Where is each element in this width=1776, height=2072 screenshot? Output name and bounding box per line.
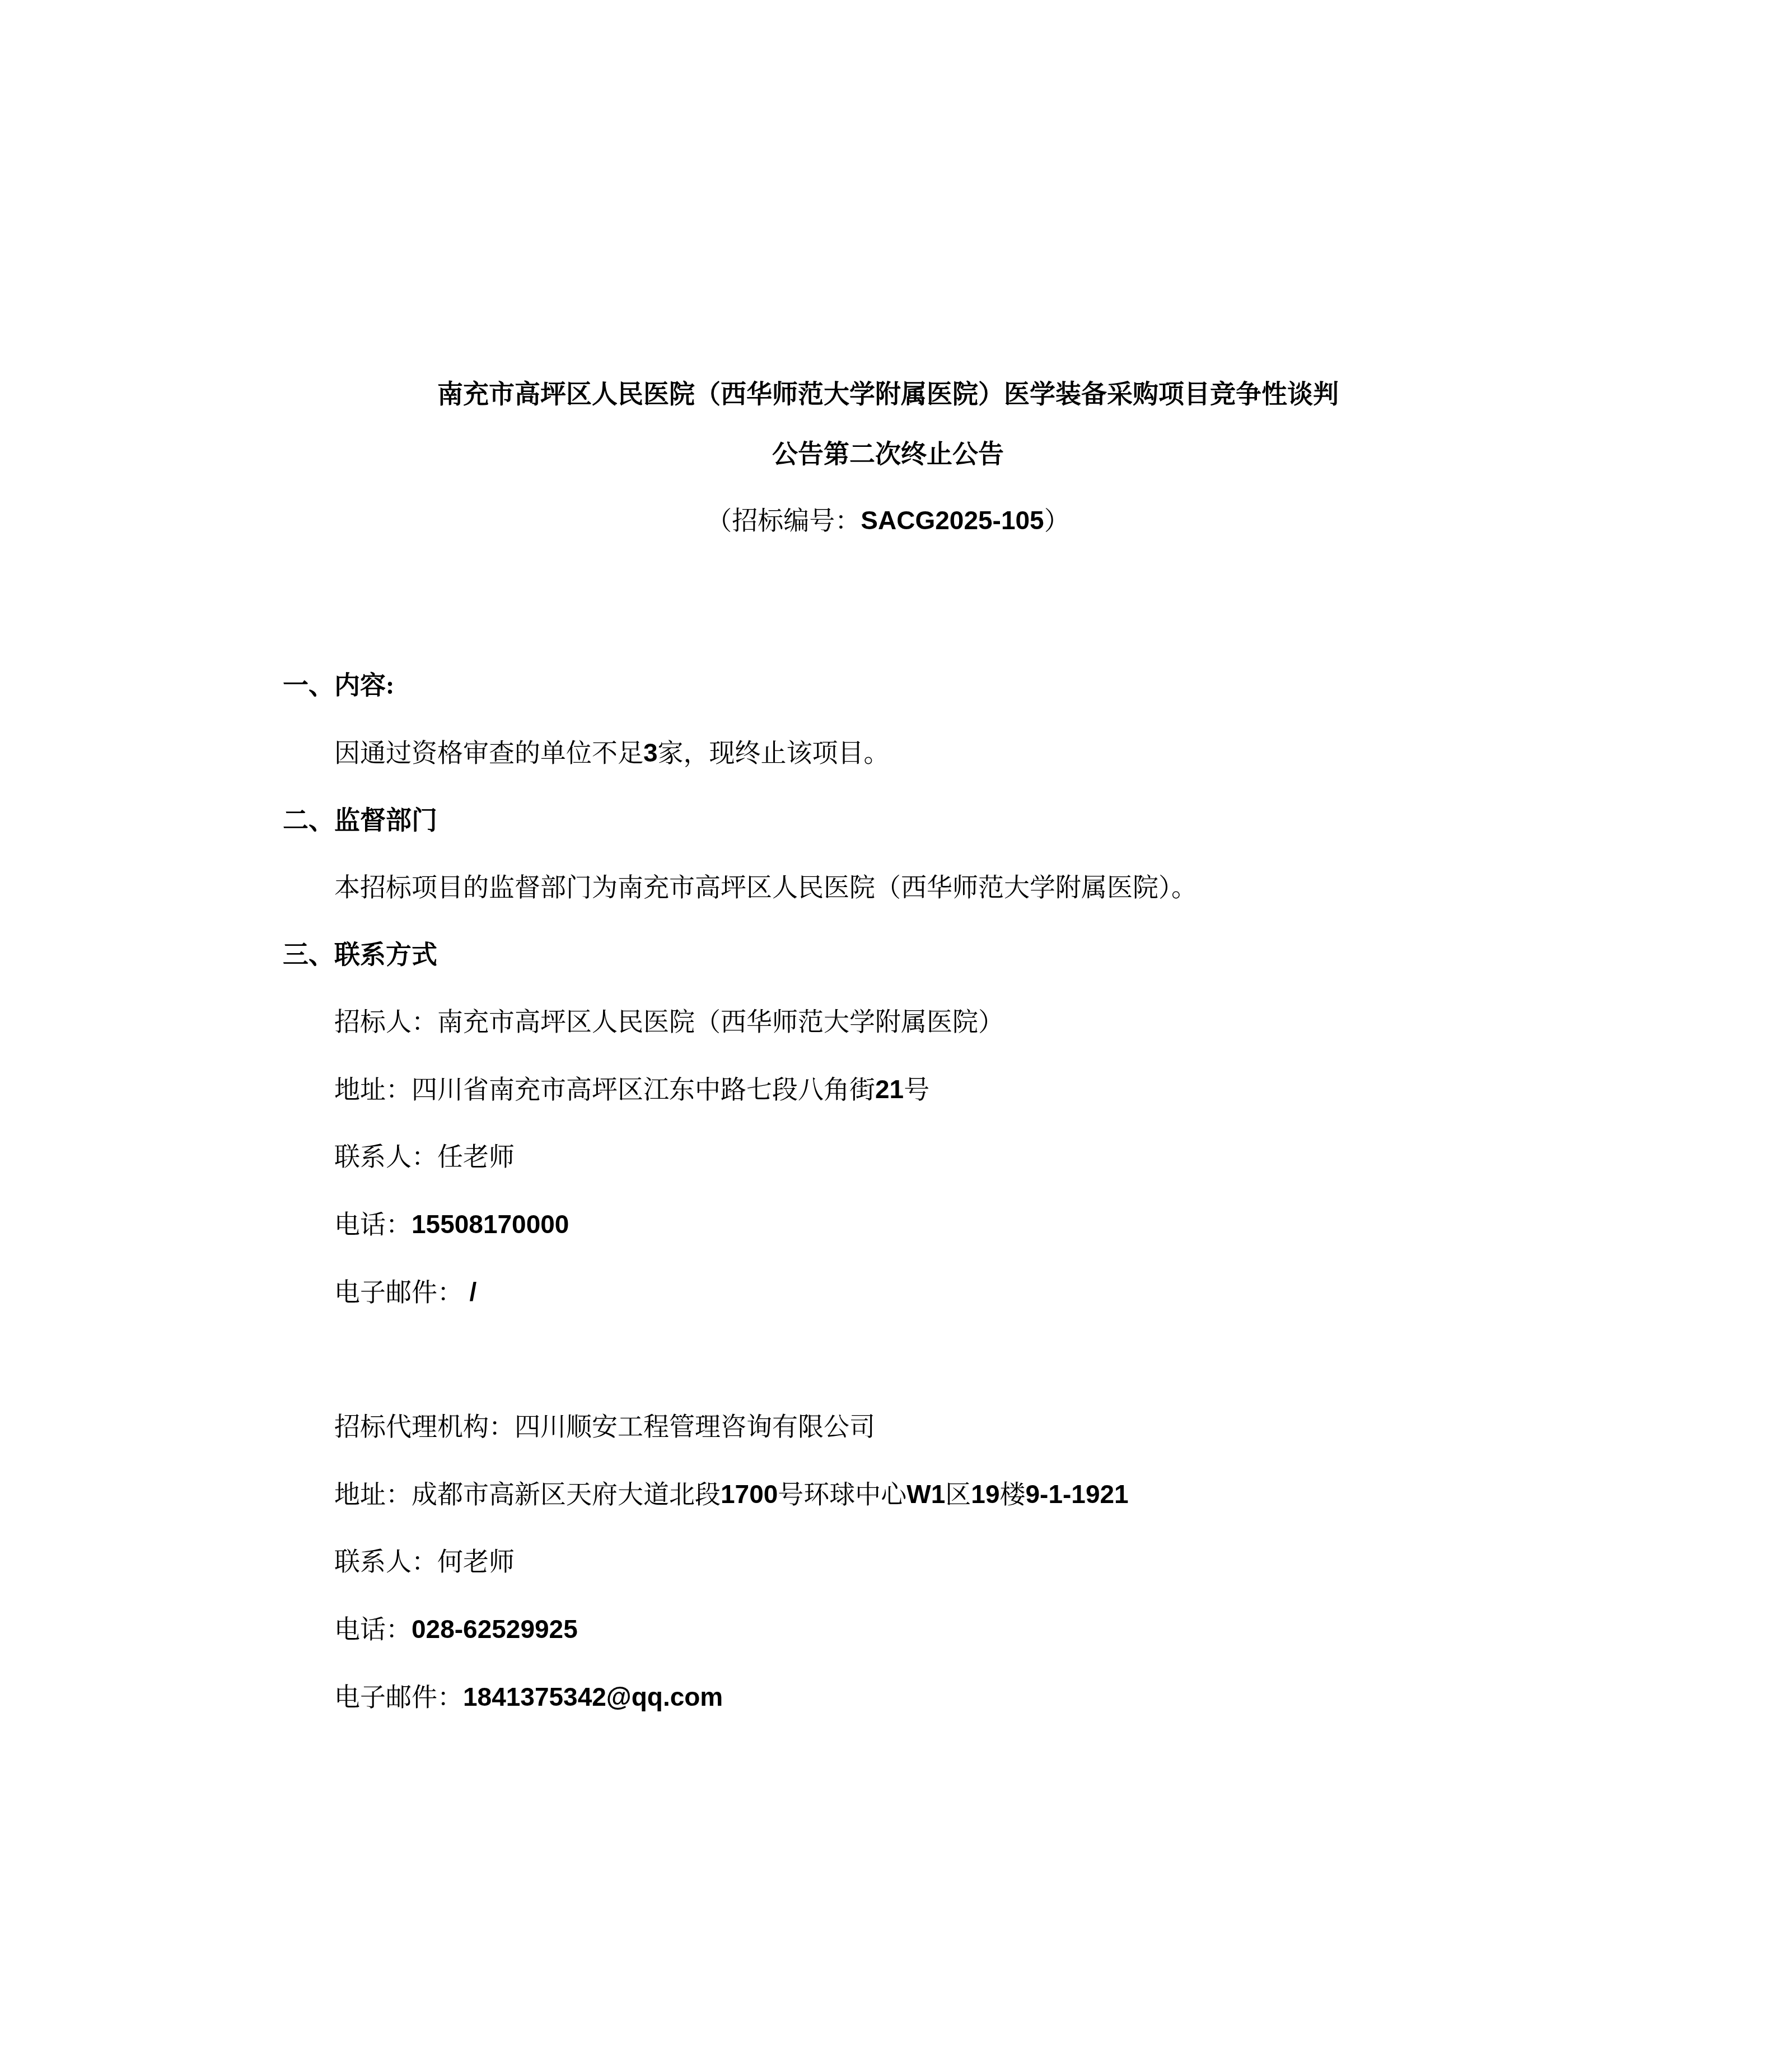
agency-email-line: 电子邮件：1841375342@qq.com bbox=[283, 1684, 1493, 1710]
agency-address-mid-1: 号环球中心 bbox=[778, 1480, 906, 1509]
agency-email-label: 电子邮件： bbox=[334, 1683, 463, 1711]
tenderer-email-line: 电子邮件： / bbox=[283, 1279, 1493, 1305]
section-1-body-text-pre: 因通过资格审查的单位不足 bbox=[334, 739, 643, 767]
agency-phone-line: 电话：028-62529925 bbox=[283, 1616, 1493, 1642]
tenderer-phone-line: 电话：15508170000 bbox=[283, 1211, 1493, 1238]
tenderer-phone-number: 15508170000 bbox=[412, 1210, 569, 1239]
document-title-line-2: 公告第二次终止公告 bbox=[283, 441, 1493, 467]
section-1-heading: 一、内容: bbox=[283, 673, 1493, 698]
section-2-body: 本招标项目的监督部门为南充市高坪区人民医院（西华师范大学附属医院）。 bbox=[283, 875, 1493, 900]
agency-phone-number: 028-62529925 bbox=[412, 1614, 578, 1644]
section-2-heading: 二、监督部门 bbox=[283, 808, 1493, 833]
tenderer-phone-label: 电话： bbox=[334, 1210, 412, 1239]
agency-address-number-4: 9-1-1921 bbox=[1026, 1480, 1129, 1509]
agency-name-line: 招标代理机构：四川顺安工程管理咨询有限公司 bbox=[283, 1414, 1493, 1440]
tender-reference-line: （招标编号：SACG2025-105） bbox=[283, 507, 1493, 534]
document-page: 南充市高坪区人民医院（西华师范大学附属医院）医学装备采购项目竞争性谈判 公告第二… bbox=[0, 0, 1776, 2072]
agency-address-number-2: W1 bbox=[906, 1480, 945, 1509]
tenderer-email-value: / bbox=[470, 1277, 477, 1306]
agency-contact-line: 联系人：何老师 bbox=[283, 1549, 1493, 1575]
document-title-line-1: 南充市高坪区人民医院（西华师范大学附属医院）医学装备采购项目竞争性谈判 bbox=[283, 381, 1493, 407]
blank-line bbox=[283, 1347, 1493, 1373]
tenderer-email-label: 电子邮件： bbox=[334, 1278, 463, 1306]
section-1-body-text-post: 家，现终止该项目。 bbox=[658, 739, 890, 767]
tender-reference-close: ） bbox=[1044, 506, 1070, 535]
tender-reference-open: （招标编号： bbox=[706, 506, 861, 535]
agency-phone-label: 电话： bbox=[334, 1615, 412, 1644]
tenderer-address-suffix: 号 bbox=[904, 1075, 929, 1104]
tenderer-contact-line: 联系人：任老师 bbox=[283, 1144, 1493, 1170]
section-1-body: 因通过资格审查的单位不足3家，现终止该项目。 bbox=[283, 740, 1493, 766]
tenderer-address-line: 地址：四川省南充市高坪区江东中路七段八角街21号 bbox=[283, 1076, 1493, 1103]
agency-address-mid-3: 楼 bbox=[1000, 1480, 1026, 1509]
agency-address-mid-2: 区 bbox=[945, 1480, 971, 1509]
agency-address-line: 地址：成都市高新区天府大道北段1700号环球中心W1区19楼9-1-1921 bbox=[283, 1481, 1493, 1508]
agency-email-value: 1841375342@qq.com bbox=[463, 1682, 723, 1711]
agency-address-number-1: 1700 bbox=[721, 1480, 778, 1509]
agency-address-number-3: 19 bbox=[971, 1480, 999, 1509]
tenderer-address-text: 地址：四川省南充市高坪区江东中路七段八角街 bbox=[334, 1075, 875, 1104]
agency-address-text: 地址：成都市高新区天府大道北段 bbox=[334, 1480, 721, 1509]
tenderer-name-line: 招标人：南充市高坪区人民医院（西华师范大学附属医院） bbox=[283, 1009, 1493, 1035]
section-1-body-count: 3 bbox=[643, 738, 658, 767]
section-3-heading: 三、联系方式 bbox=[283, 942, 1493, 968]
tenderer-address-number: 21 bbox=[875, 1075, 904, 1104]
tender-reference-code: SACG2025-105 bbox=[861, 506, 1044, 535]
